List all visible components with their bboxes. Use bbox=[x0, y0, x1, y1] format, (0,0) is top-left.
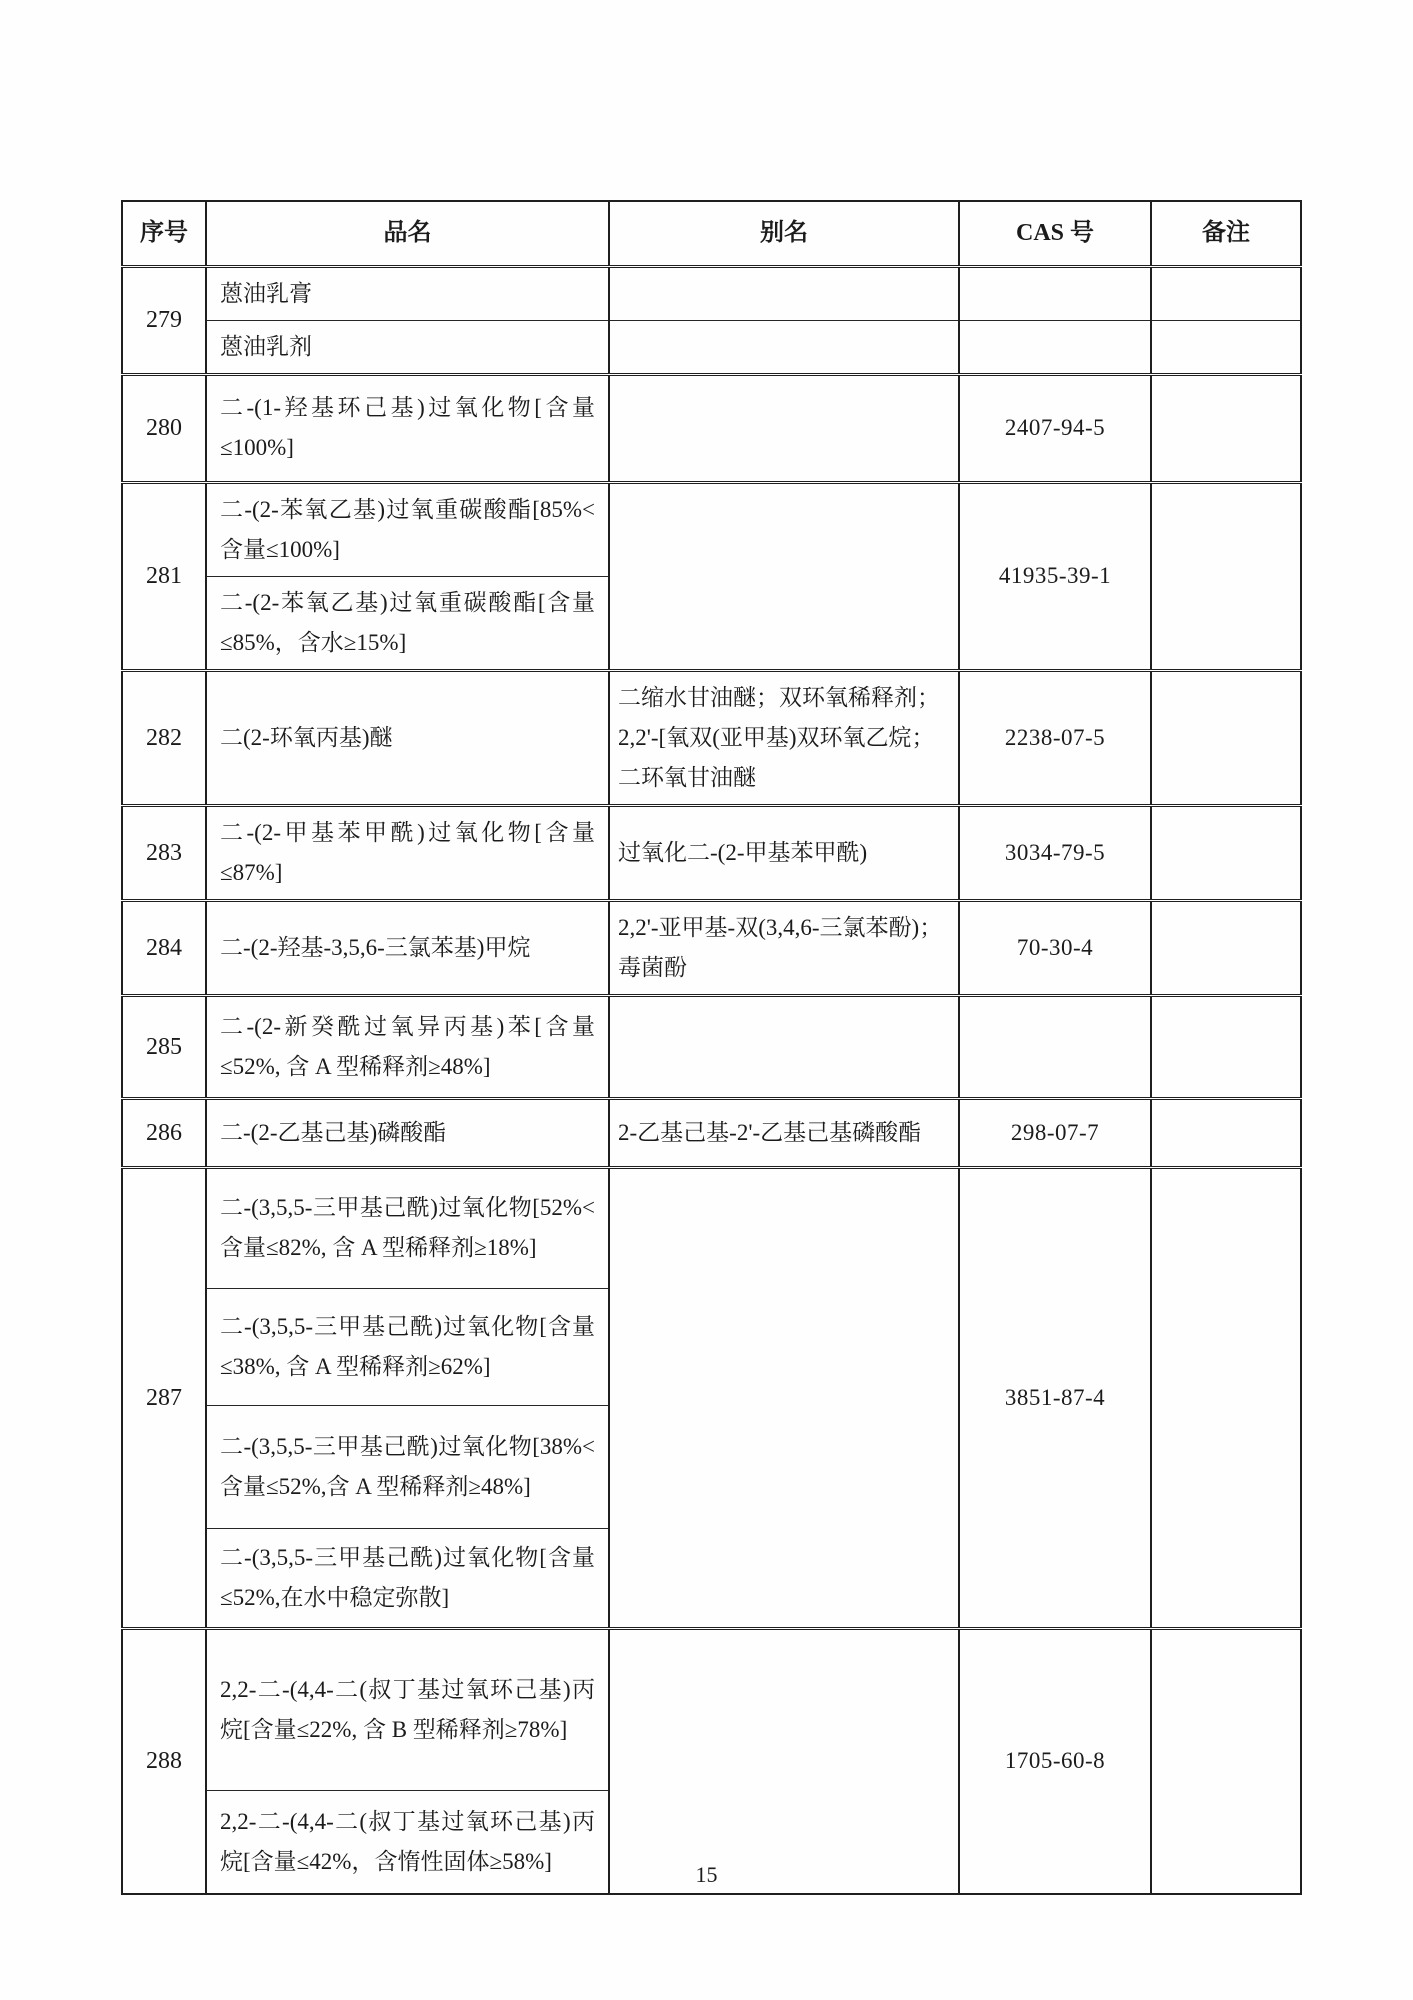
row-287-alias bbox=[609, 1167, 959, 1628]
chemicals-table: 序号 品名 别名 CAS 号 备注 279 蒽油乳膏 蒽油乳剂 280 二-(1… bbox=[121, 200, 1302, 1895]
row-284-note bbox=[1151, 900, 1301, 995]
table-row-287: 287 二-(3,5,5-三甲基己酰)过氧化物[52%<含量≤82%, 含 A … bbox=[122, 1167, 1301, 1288]
page-number: 15 bbox=[0, 1862, 1413, 1888]
row-283-cas: 3034-79-5 bbox=[959, 805, 1151, 900]
row-286-alias: 2-乙基己基-2'-乙基己基磷酸酯 bbox=[609, 1098, 959, 1167]
row-280-note bbox=[1151, 374, 1301, 482]
row-281-product-name-1: 二-(2-苯氧乙基)过氧重碳酸酯[85%<含量≤100%] bbox=[206, 482, 609, 576]
table-row-279b: 蒽油乳剂 bbox=[122, 320, 1301, 374]
row-279-alias-1 bbox=[609, 266, 959, 320]
row-286-number: 286 bbox=[122, 1098, 206, 1167]
table-row-285: 285 二-(2-新癸酰过氧异丙基)苯[含量≤52%, 含 A 型稀释剂≥48%… bbox=[122, 995, 1301, 1098]
row-288-alias bbox=[609, 1628, 959, 1894]
table-row-286: 286 二-(2-乙基己基)磷酸酯 2-乙基己基-2'-乙基己基磷酸酯 298-… bbox=[122, 1098, 1301, 1167]
row-279-product-name-1: 蒽油乳膏 bbox=[206, 266, 609, 320]
row-279-number: 279 bbox=[122, 266, 206, 374]
table-header-row: 序号 品名 别名 CAS 号 备注 bbox=[122, 201, 1301, 266]
row-284-alias: 2,2'-亚甲基-双(3,4,6-三氯苯酚)；毒菌酚 bbox=[609, 900, 959, 995]
row-279-note-2 bbox=[1151, 320, 1301, 374]
row-281-number: 281 bbox=[122, 482, 206, 670]
row-279-note-1 bbox=[1151, 266, 1301, 320]
header-alias: 别名 bbox=[609, 201, 959, 266]
row-287-product-name-1: 二-(3,5,5-三甲基己酰)过氧化物[52%<含量≤82%, 含 A 型稀释剂… bbox=[206, 1167, 609, 1288]
row-286-note bbox=[1151, 1098, 1301, 1167]
table-row-282: 282 二(2-环氧丙基)醚 二缩水甘油醚；双环氧稀释剂；2,2'-[氧双(亚甲… bbox=[122, 670, 1301, 805]
row-288-cas: 1705-60-8 bbox=[959, 1628, 1151, 1894]
row-280-cas: 2407-94-5 bbox=[959, 374, 1151, 482]
row-285-cas bbox=[959, 995, 1151, 1098]
row-284-product-name: 二-(2-羟基-3,5,6-三氯苯基)甲烷 bbox=[206, 900, 609, 995]
row-280-alias bbox=[609, 374, 959, 482]
table-row-288: 288 2,2-二-(4,4-二(叔丁基过氧环己基)丙烷[含量≤22%, 含 B… bbox=[122, 1628, 1301, 1790]
row-280-number: 280 bbox=[122, 374, 206, 482]
row-282-note bbox=[1151, 670, 1301, 805]
row-279-cas-2 bbox=[959, 320, 1151, 374]
row-287-product-name-3: 二-(3,5,5-三甲基己酰)过氧化物[38%<含量≤52%,含 A 型稀释剂≥… bbox=[206, 1405, 609, 1528]
row-282-product-name: 二(2-环氧丙基)醚 bbox=[206, 670, 609, 805]
row-285-alias bbox=[609, 995, 959, 1098]
row-283-number: 283 bbox=[122, 805, 206, 900]
row-281-cas: 41935-39-1 bbox=[959, 482, 1151, 670]
row-285-note bbox=[1151, 995, 1301, 1098]
row-280-product-name: 二-(1-羟基环己基)过氧化物[含量≤100%] bbox=[206, 374, 609, 482]
header-no: 序号 bbox=[122, 201, 206, 266]
row-281-product-name-2: 二-(2-苯氧乙基)过氧重碳酸酯[含量≤85%，含水≥15%] bbox=[206, 576, 609, 670]
row-286-product-name: 二-(2-乙基己基)磷酸酯 bbox=[206, 1098, 609, 1167]
document-page: 序号 品名 别名 CAS 号 备注 279 蒽油乳膏 蒽油乳剂 280 二-(1… bbox=[0, 0, 1413, 2000]
table-row-280: 280 二-(1-羟基环己基)过氧化物[含量≤100%] 2407-94-5 bbox=[122, 374, 1301, 482]
table-row-283: 283 二-(2-甲基苯甲酰)过氧化物[含量≤87%] 过氧化二-(2-甲基苯甲… bbox=[122, 805, 1301, 900]
header-cas: CAS 号 bbox=[959, 201, 1151, 266]
row-288-number: 288 bbox=[122, 1628, 206, 1894]
table-row-281: 281 二-(2-苯氧乙基)过氧重碳酸酯[85%<含量≤100%] 41935-… bbox=[122, 482, 1301, 576]
row-285-number: 285 bbox=[122, 995, 206, 1098]
row-283-alias: 过氧化二-(2-甲基苯甲酰) bbox=[609, 805, 959, 900]
row-279-product-name-2: 蒽油乳剂 bbox=[206, 320, 609, 374]
row-287-number: 287 bbox=[122, 1167, 206, 1628]
row-283-product-name: 二-(2-甲基苯甲酰)过氧化物[含量≤87%] bbox=[206, 805, 609, 900]
row-287-product-name-2: 二-(3,5,5-三甲基己酰)过氧化物[含量≤38%, 含 A 型稀释剂≥62%… bbox=[206, 1288, 609, 1405]
table-row-279: 279 蒽油乳膏 bbox=[122, 266, 1301, 320]
row-288-note bbox=[1151, 1628, 1301, 1894]
header-product-name: 品名 bbox=[206, 201, 609, 266]
row-286-cas: 298-07-7 bbox=[959, 1098, 1151, 1167]
row-285-product-name: 二-(2-新癸酰过氧异丙基)苯[含量≤52%, 含 A 型稀释剂≥48%] bbox=[206, 995, 609, 1098]
row-282-cas: 2238-07-5 bbox=[959, 670, 1151, 805]
row-287-product-name-4: 二-(3,5,5-三甲基己酰)过氧化物[含量≤52%,在水中稳定弥散] bbox=[206, 1528, 609, 1628]
row-283-note bbox=[1151, 805, 1301, 900]
table-row-284: 284 二-(2-羟基-3,5,6-三氯苯基)甲烷 2,2'-亚甲基-双(3,4… bbox=[122, 900, 1301, 995]
row-288-product-name-1: 2,2-二-(4,4-二(叔丁基过氧环己基)丙烷[含量≤22%, 含 B 型稀释… bbox=[206, 1628, 609, 1790]
row-279-alias-2 bbox=[609, 320, 959, 374]
row-287-cas: 3851-87-4 bbox=[959, 1167, 1151, 1628]
row-282-number: 282 bbox=[122, 670, 206, 805]
header-note: 备注 bbox=[1151, 201, 1301, 266]
row-284-cas: 70-30-4 bbox=[959, 900, 1151, 995]
row-281-alias bbox=[609, 482, 959, 670]
row-279-cas-1 bbox=[959, 266, 1151, 320]
row-282-alias: 二缩水甘油醚；双环氧稀释剂；2,2'-[氧双(亚甲基)双环氧乙烷；二环氧甘油醚 bbox=[609, 670, 959, 805]
row-284-number: 284 bbox=[122, 900, 206, 995]
row-281-note bbox=[1151, 482, 1301, 670]
row-287-note bbox=[1151, 1167, 1301, 1628]
